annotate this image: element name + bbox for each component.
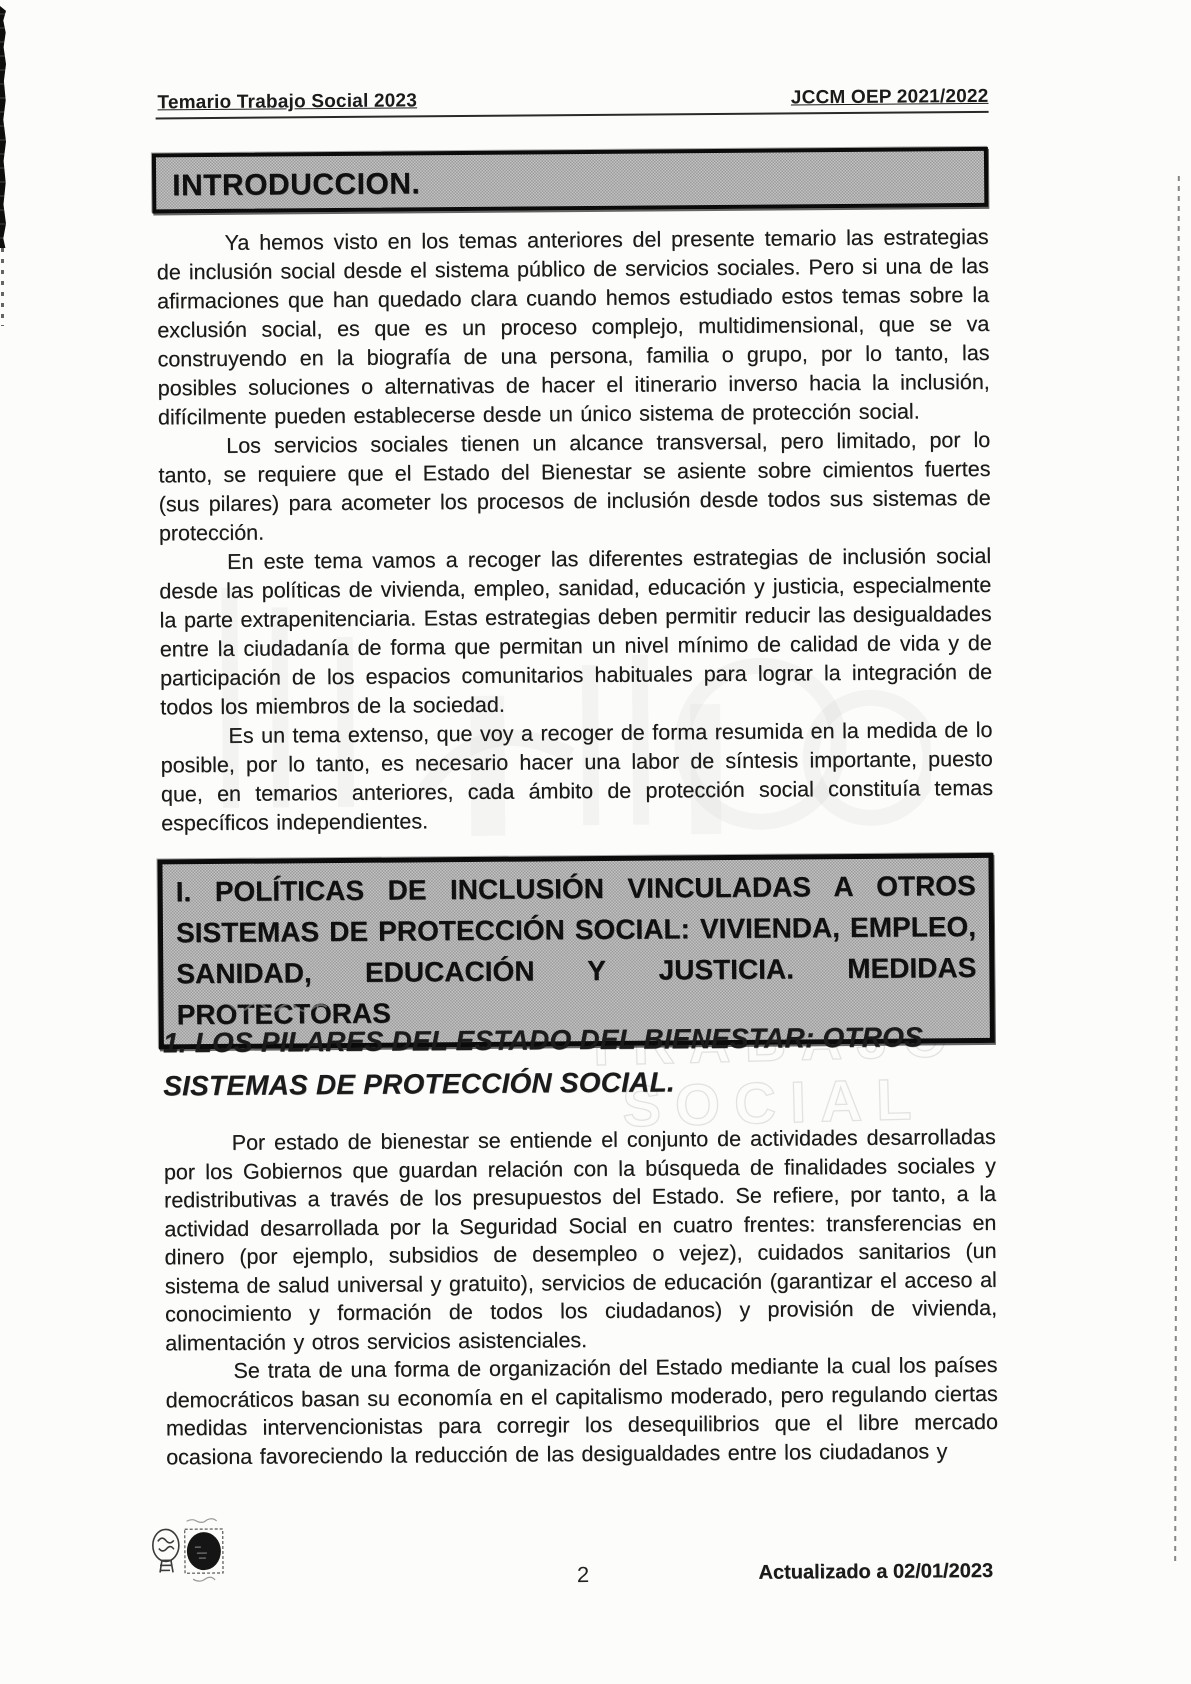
paragraph: Ya hemos visto en los temas anteriores d… [156,223,990,433]
section-heading-introduccion: INTRODUCCION. [152,147,988,214]
document-page: TRABAJO SOCIAL Temario Trabajo Social 20… [0,0,1191,1684]
scan-artifact-squiggle [215,994,345,1019]
paragraph: En este tema vamos a recoger las diferen… [159,542,992,723]
header-right-title: JCCM OEP 2021/2022 [791,86,989,110]
page-header: Temario Trabajo Social 2023 JCCM OEP 202… [155,85,988,120]
paragraph: Se trata de una forma de organización de… [165,1351,998,1472]
intro-text-block: Ya hemos visto en los temas anteriores d… [156,223,993,839]
subsection-heading-pilares: 1. LOS PILARES DEL ESTADO DEL BIENESTAR:… [163,1015,1000,1108]
body-text-block: Por estado de bienestar se entiende el c… [164,1123,999,1472]
paragraph: Los servicios sociales tienen un alcance… [158,426,991,549]
paragraph: Es un tema extenso, que voy a recoger de… [160,716,993,839]
paragraph: Por estado de bienestar se entiende el c… [164,1123,998,1358]
header-left-title: Temario Trabajo Social 2023 [157,90,417,114]
